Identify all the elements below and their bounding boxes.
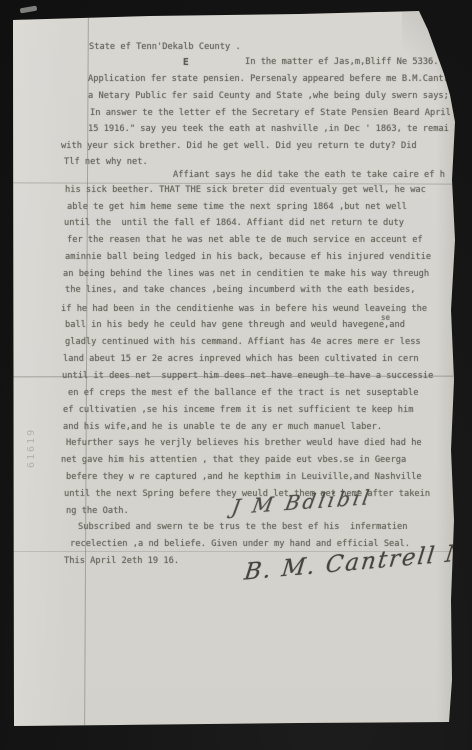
typed-line: en ef creps the mest ef the ballance ef … [68, 388, 418, 399]
typed-line: a Netary Public fer said Ceunty and Stat… [88, 91, 449, 102]
typed-line: This April 2eth 19 16. [64, 556, 179, 567]
scanner-artifact-mark [20, 6, 38, 14]
typed-line: fer the reasen that he was net able te d… [67, 235, 423, 246]
typed-line: E [183, 57, 189, 68]
torn-corner-shade [402, 0, 472, 130]
margin-rule-line [84, 15, 89, 725]
typed-line: the lines, and take chances ,being incum… [65, 285, 415, 296]
typed-line: Subscribed and swern te be trus te the b… [78, 522, 408, 533]
typed-line: able te get him heme seme time the next … [67, 202, 407, 213]
typed-line: State ef Tenn'Dekalb Ceunty . [89, 42, 241, 53]
typed-line: ng the Oath. [66, 506, 129, 517]
typed-line: In answer te the letter ef the Secretary… [90, 108, 451, 119]
typed-line: and his wife,and he is unable te de any … [63, 422, 382, 433]
typed-line: his sick beether. THAT THE sick breter d… [65, 185, 426, 196]
typed-line: gladly centinued with his cemmand. Affia… [65, 337, 421, 348]
typed-line: with yeur sick brether. Did he get well.… [61, 141, 417, 152]
margin-number: 61619 [26, 428, 37, 468]
typed-line: befere they w re captured ,and he kepthi… [66, 472, 422, 483]
typed-line: aminnie ball being ledged in his back, b… [65, 252, 431, 263]
typed-line: until it dees net suppert him dees net h… [62, 371, 433, 382]
typed-line: until the until the fall ef 1864. Affian… [64, 218, 404, 229]
typed-line: ball in his bedy he ceuld hav gene threu… [65, 320, 405, 331]
typed-line: land abeut 15 er 2e acres inpreved which… [63, 354, 419, 365]
typed-line: an being behind the lines was net in cen… [63, 269, 429, 280]
typed-line: Tlf net why net. [64, 157, 148, 168]
typed-line: Hefurther says he verjly believes his br… [66, 438, 422, 449]
document-page: 61619 State ef Tenn'Dekalb Ceunty .EIn t… [0, 0, 472, 750]
typed-line: Application fer state pensien. Persenaly… [88, 74, 449, 85]
scanned-document-photo: 61619 State ef Tenn'Dekalb Ceunty .EIn t… [0, 0, 472, 750]
typed-line: ef cultivatien ,se his inceme frem it is… [63, 405, 413, 416]
typed-line: net gave him his attentien , that they p… [61, 455, 406, 466]
typed-line: Affiant says he did take the eath te tak… [173, 170, 445, 181]
typed-line: 15 1916." say yeu teek the eath at nashv… [88, 124, 449, 135]
typed-line: if he had been in the cenditienhe was in… [61, 304, 427, 315]
